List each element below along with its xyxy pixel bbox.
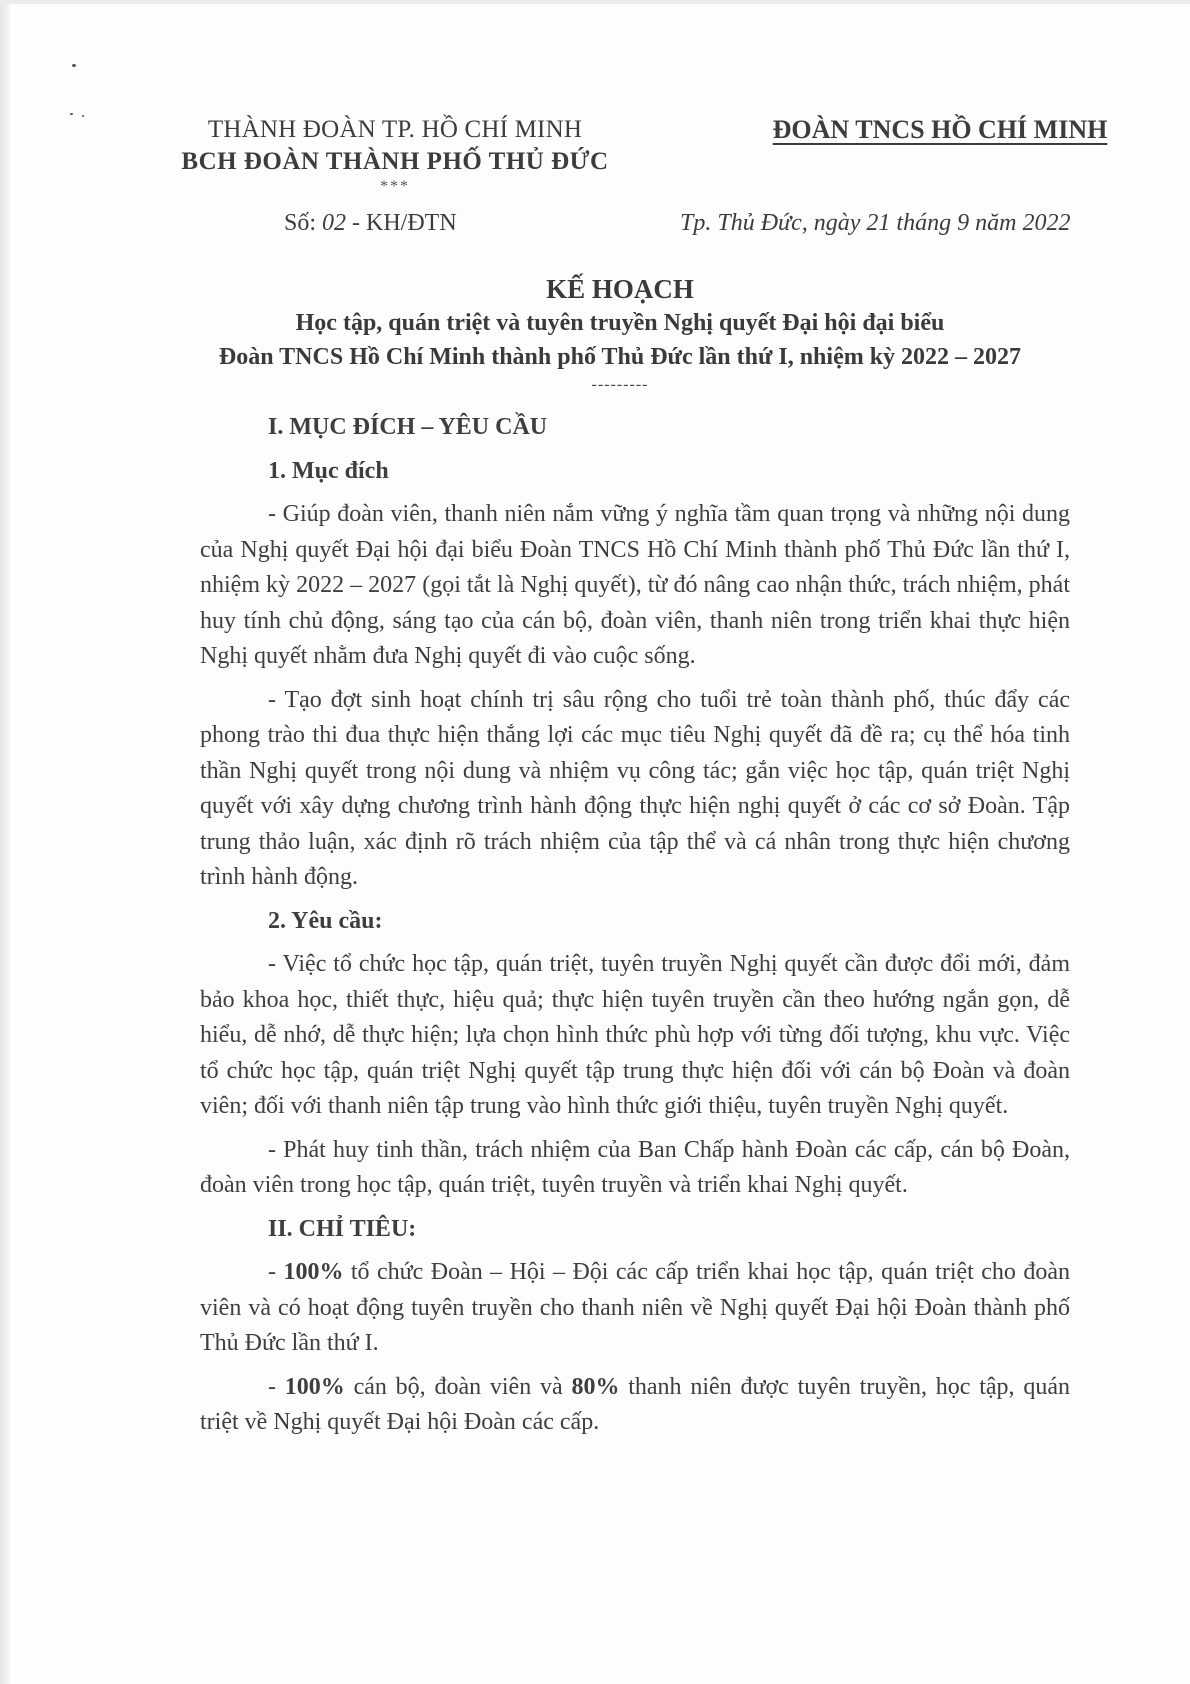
scan-speck (82, 115, 84, 117)
title-divider: --------- (160, 376, 1080, 394)
separator-stars: *** (160, 178, 630, 196)
document-title: KẾ HOẠCH (160, 272, 1080, 306)
year: 2022 (1022, 210, 1070, 236)
month-label: tháng (890, 210, 957, 236)
issuing-authority: THÀNH ĐOÀN TP. HỒ CHÍ MINH BCH ĐOÀN THÀN… (160, 114, 630, 196)
number-prefix: Số: (284, 210, 322, 236)
paragraph: - Việc tổ chức học tập, quán triệt, tuyê… (200, 947, 1070, 1125)
target-paragraph: - 100% cán bộ, đoàn viên và 80% thanh ni… (200, 1370, 1070, 1441)
year-label: năm (969, 210, 1022, 236)
section-heading-purpose-requirements: I. MỤC ĐÍCH – YÊU CẦU (200, 410, 1070, 446)
number-suffix: - KH/ĐTN (346, 210, 457, 236)
target-paragraph: - 100% tổ chức Đoàn – Hội – Đội các cấp … (200, 1255, 1070, 1362)
document-subtitle-line1: Học tập, quán triệt và tuyên truyền Nghị… (160, 306, 1080, 340)
section-heading-targets: II. CHỈ TIÊU: (200, 1212, 1070, 1248)
paragraph: - Phát huy tinh thần, trách nhiệm của Ba… (200, 1133, 1070, 1204)
document-page: THÀNH ĐOÀN TP. HỒ CHÍ MINH BCH ĐOÀN THÀN… (0, 0, 1190, 1684)
scan-edge (0, 0, 10, 1684)
number-value: 02 (322, 210, 346, 236)
paragraph: - Tạo đợt sinh hoạt chính trị sâu rộng c… (200, 683, 1070, 896)
paragraph: - Giúp đoàn viên, thanh niên nắm vững ý … (200, 497, 1070, 675)
place: Tp. Thủ Đức, ngày (680, 210, 866, 236)
subsection-heading-purpose: 1. Mục đích (200, 454, 1070, 490)
target-percentage: 100% (285, 1374, 345, 1400)
issuing-organization: BCH ĐOÀN THÀNH PHỐ THỦ ĐỨC (160, 146, 630, 178)
place-and-date: Tp. Thủ Đức, ngày 21 tháng 9 năm 2022 (680, 210, 1070, 237)
target-percentage: 80% (571, 1374, 619, 1400)
dash: - (268, 1259, 283, 1285)
day: 21 (866, 210, 890, 236)
motto-text: ĐOÀN TNCS HỒ CHÍ MINH (740, 114, 1140, 146)
target-percentage: 100% (283, 1259, 343, 1285)
subsection-heading-requirements: 2. Yêu cầu: (200, 904, 1070, 940)
month: 9 (957, 210, 969, 236)
national-motto: ĐOÀN TNCS HỒ CHÍ MINH (740, 114, 1140, 146)
document-number: Số: 02 - KH/ĐTN (284, 210, 457, 237)
scan-speck (70, 113, 73, 115)
scan-edge (0, 0, 1190, 4)
target-text: cán bộ, đoàn viên và (345, 1374, 572, 1400)
document-body: I. MỤC ĐÍCH – YÊU CẦU 1. Mục đích - Giúp… (200, 410, 1070, 1449)
scan-speck (72, 64, 76, 67)
parent-organization: THÀNH ĐOÀN TP. HỒ CHÍ MINH (160, 114, 630, 146)
document-title-block: KẾ HOẠCH Học tập, quán triệt và tuyên tr… (160, 272, 1080, 394)
dash: - (268, 1374, 285, 1400)
document-subtitle-line2: Đoàn TNCS Hồ Chí Minh thành phố Thủ Đức … (160, 340, 1080, 374)
